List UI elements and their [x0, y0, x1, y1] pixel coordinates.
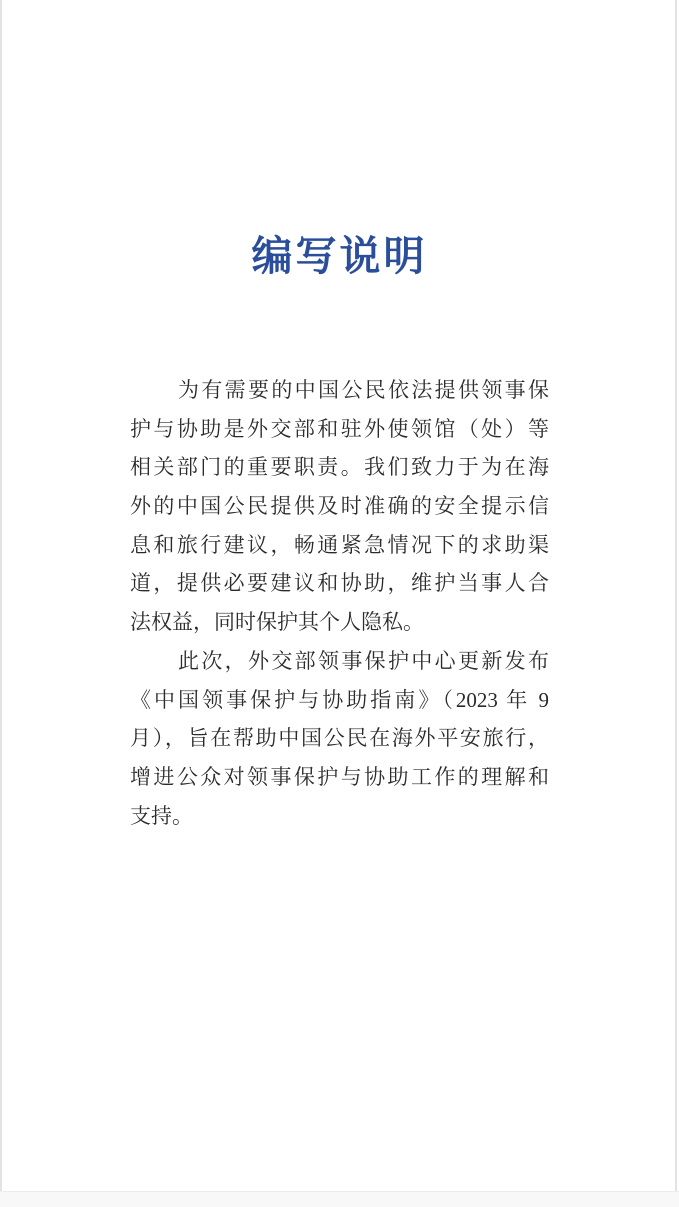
body-line: 月），旨在帮助中国公民在海外平安旅行，: [130, 719, 549, 758]
page-title: 编写说明: [0, 223, 679, 282]
body-line: 息和旅行建议，畅通紧急情况下的求助渠: [130, 526, 549, 565]
body-line: 法权益，同时保护其个人隐私。: [130, 603, 549, 642]
body-line: 增进公众对领事保护与协助工作的理解和: [130, 758, 549, 797]
body-line: 外的中国公民提供及时准确的安全提示信: [130, 487, 549, 526]
body-line: 道，提供必要建议和协助，维护当事人合: [130, 564, 549, 603]
body-line: 《中国领事保护与协助指南》（2023 年 9: [130, 681, 549, 720]
body-line: 支持。: [130, 797, 549, 836]
body-line: 此次，外交部领事保护中心更新发布: [130, 642, 549, 681]
page-bottom-gap: [0, 1191, 679, 1207]
body-text-block: 为有需要的中国公民依法提供领事保 护与协助是外交部和驻外使领馆（处）等 相关部门…: [130, 371, 549, 835]
body-line: 相关部门的重要职责。我们致力于为在海: [130, 448, 549, 487]
body-line: 护与协助是外交部和驻外使领馆（处）等: [130, 410, 549, 449]
page-left-edge: [0, 0, 2, 1192]
page-right-edge: [675, 0, 677, 1192]
body-line: 为有需要的中国公民依法提供领事保: [130, 371, 549, 410]
